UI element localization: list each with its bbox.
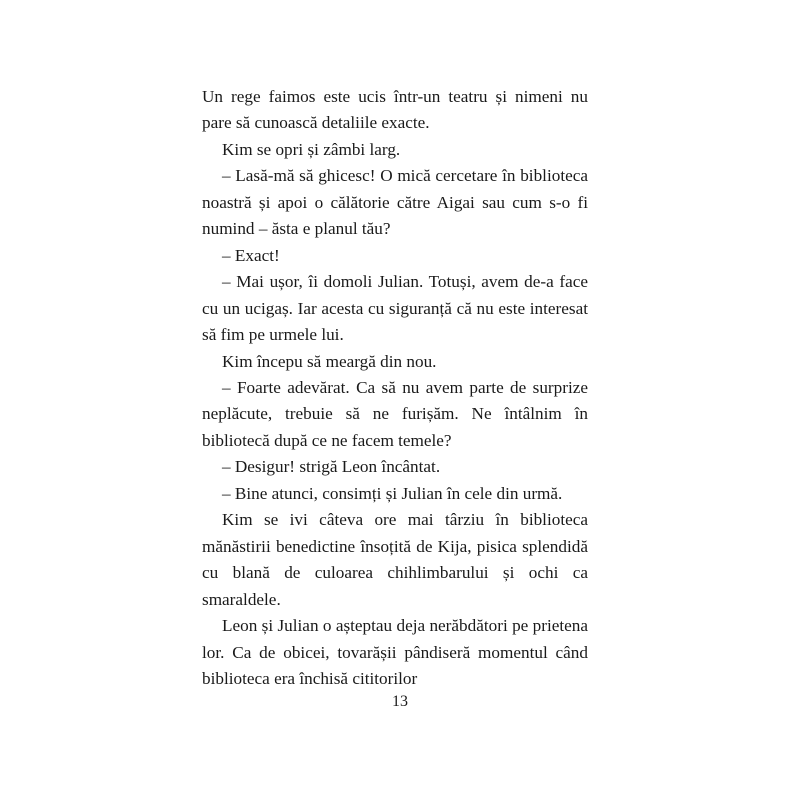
page-body: Un rege faimos este ucis într-un teatru …	[202, 84, 588, 692]
paragraph: – Desigur! strigă Leon încântat.	[202, 454, 588, 480]
paragraph: – Lasă-mă să ghicesc! O mică cercetare î…	[202, 163, 588, 242]
paragraph: Kim se opri și zâmbi larg.	[202, 137, 588, 163]
paragraph: Leon și Julian o așteptau deja nerăbdăto…	[202, 613, 588, 692]
paragraph: Kim se ivi câteva ore mai târziu în bibl…	[202, 507, 588, 613]
paragraph: Kim începu să meargă din nou.	[202, 349, 588, 375]
paragraph: – Exact!	[202, 243, 588, 269]
page-number: 13	[0, 693, 800, 711]
paragraph: – Bine atunci, consimți și Julian în cel…	[202, 481, 588, 507]
paragraph: – Foarte adevărat. Ca să nu avem parte d…	[202, 375, 588, 454]
paragraph: – Mai ușor, îi domoli Julian. Totuși, av…	[202, 269, 588, 348]
paragraph: Un rege faimos este ucis într-un teatru …	[202, 84, 588, 137]
